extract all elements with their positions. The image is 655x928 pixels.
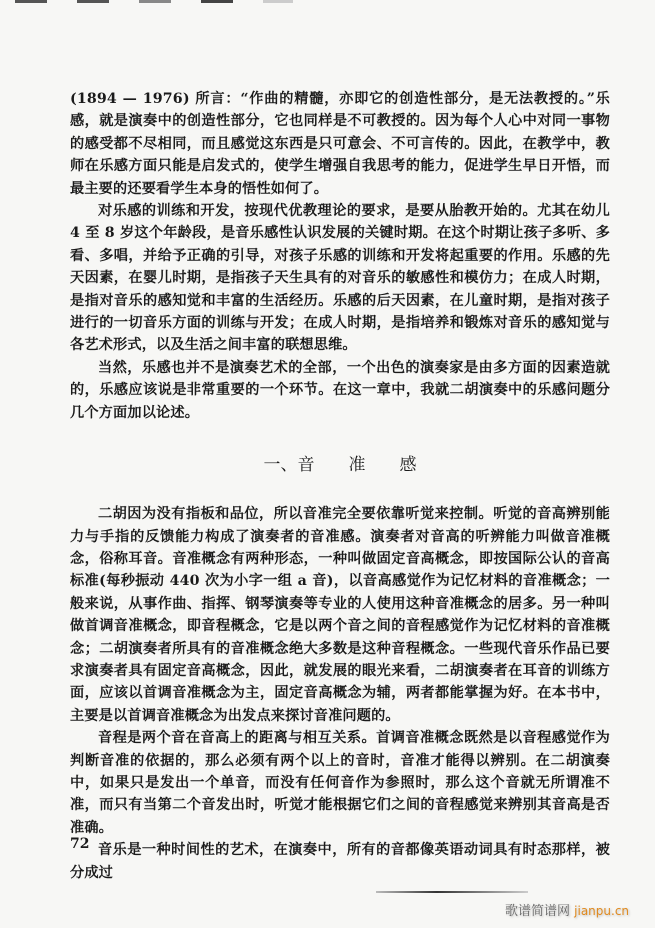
paragraph: 当然，乐感也并不是演奏艺术的全部，一个出色的演奏家是由多方面的因素造就的，乐感应…: [70, 357, 610, 424]
section-title: 一、音准感: [70, 450, 610, 475]
paragraph: (1894 — 1976) 所言：“作曲的精髓，亦即它的创造性部分，是无法教授的…: [70, 88, 610, 200]
section-title-part: 准: [349, 450, 366, 475]
section-title-part: 一、音: [264, 450, 315, 475]
document-page: (1894 — 1976) 所言：“作曲的精髓，亦即它的创造性部分，是无法教授的…: [70, 88, 610, 884]
watermark-domain: jianpu.cn: [574, 904, 629, 918]
scan-mark: [139, 0, 171, 3]
scan-mark: [201, 0, 233, 3]
watermark: 歌谱简谱网 jianpu.cn: [505, 900, 629, 919]
paragraph: 音乐是一种时间性的艺术，在演奏中，所有的音都像英语动词具有时态那样，被分成过: [70, 839, 610, 884]
section-title-part: 感: [400, 450, 417, 475]
watermark-site-name: 歌谱简谱网: [505, 904, 570, 919]
page-number: 72: [70, 836, 89, 852]
scan-mark: [77, 0, 109, 3]
paragraph: 音程是两个音在音高上的距离与相互关系。首调音准概念既然是以音程感觉作为判断音准的…: [70, 727, 610, 839]
paragraph: 二胡因为没有指板和品位，所以音准完全要依靠听觉来控制。听觉的音高辨别能力与手指的…: [70, 503, 610, 727]
paragraph: 对乐感的训练和开发，按现代优教理论的要求，是要从胎教开始的。尤其在幼儿 4 至 …: [70, 200, 610, 357]
footer-rule: [376, 891, 528, 893]
scan-mark: [263, 0, 293, 3]
scan-mark: [15, 0, 47, 3]
scan-top-marks: [0, 0, 655, 6]
